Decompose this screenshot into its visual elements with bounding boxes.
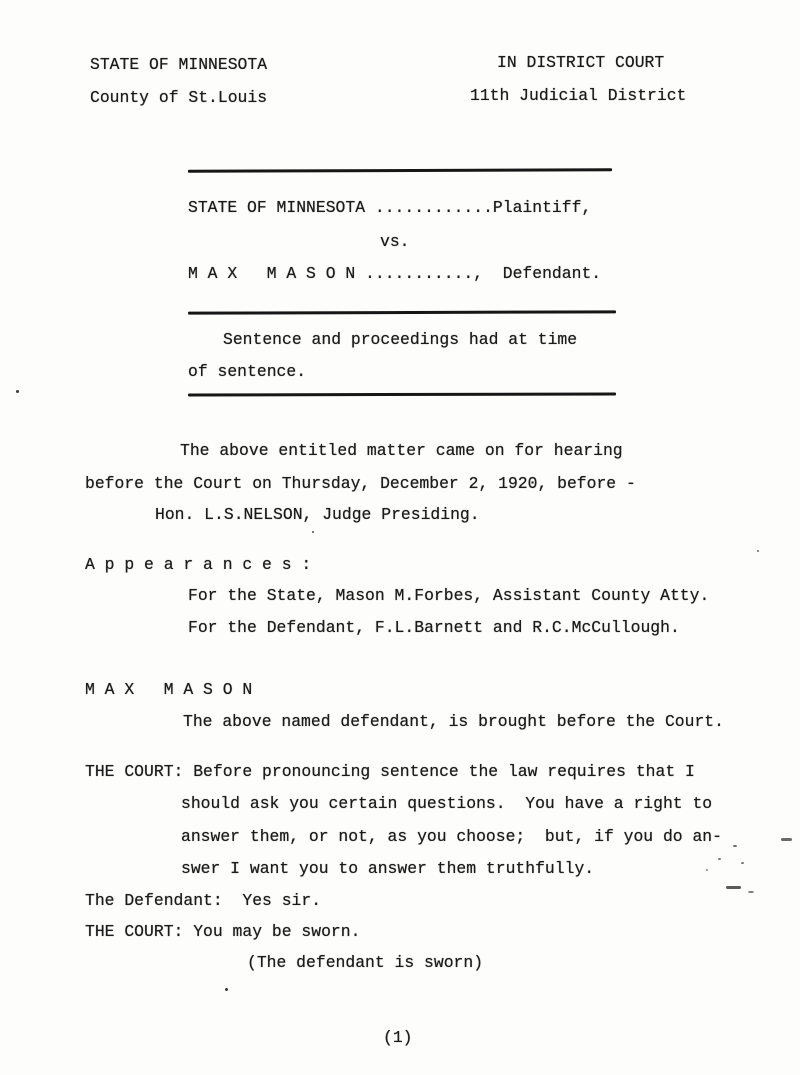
appearances-state-counsel: For the State, Mason M.Forbes, Assistant…	[188, 586, 709, 606]
ink-speck	[16, 390, 19, 393]
caption-defendant: M A X M A S O N ..........., Defendant.	[188, 264, 601, 284]
header-county: County of St.Louis	[90, 88, 267, 108]
header-district: 11th Judicial District	[470, 86, 686, 106]
ink-speck	[312, 531, 314, 533]
defendant-brought-line: The above named defendant, is brought be…	[183, 712, 724, 732]
caption-plaintiff: STATE OF MINNESOTA ............Plaintiff…	[188, 198, 591, 218]
court-statement-line-3: answer them, or not, as you choose; but,…	[181, 827, 722, 847]
ink-speck	[718, 858, 721, 860]
caption-top-rule	[188, 168, 612, 173]
intro-judge-line: Hon. L.S.NELSON, Judge Presiding.	[155, 505, 480, 525]
ink-speck	[748, 891, 754, 893]
court-statement-line-2: should ask you certain questions. You ha…	[181, 794, 712, 814]
ink-speck	[706, 869, 708, 871]
court-document-page: STATE OF MINNESOTA County of St.Louis IN…	[0, 0, 800, 1075]
ink-speck	[757, 550, 759, 552]
appearances-heading: A p p e a r a n c e s :	[85, 555, 311, 575]
header-court: IN DISTRICT COURT	[497, 53, 664, 73]
appearances-defense-counsel: For the Defendant, F.L.Barnett and R.C.M…	[188, 618, 680, 638]
caption-versus: vs.	[380, 232, 410, 252]
header-state: STATE OF MINNESOTA	[90, 55, 267, 75]
sworn-parenthetical: (The defendant is sworn)	[247, 953, 483, 973]
intro-line-2: before the Court on Thursday, December 2…	[85, 474, 636, 494]
page-number: (1)	[383, 1028, 413, 1048]
subtitle-line-2: of sentence.	[188, 362, 306, 382]
court-sworn-line: THE COURT: You may be sworn.	[85, 922, 360, 942]
ink-speck	[733, 845, 737, 847]
subtitle-line-1: Sentence and proceedings had at time	[223, 330, 577, 350]
caption-bottom-rule	[188, 392, 616, 396]
court-statement-line-4: swer I want you to answer them truthfull…	[181, 859, 594, 879]
defendant-reply-line: The Defendant: Yes sir.	[85, 891, 321, 911]
defendant-name-heading: M A X M A S O N	[85, 680, 252, 700]
ink-speck	[741, 862, 744, 864]
court-statement-line-1: THE COURT: Before pronouncing sentence t…	[85, 762, 695, 782]
ink-speck	[225, 988, 228, 991]
ink-smudge	[726, 886, 741, 889]
intro-line-1: The above entitled matter came on for he…	[180, 441, 623, 461]
ink-smudge	[781, 838, 792, 841]
caption-middle-rule	[188, 310, 616, 314]
